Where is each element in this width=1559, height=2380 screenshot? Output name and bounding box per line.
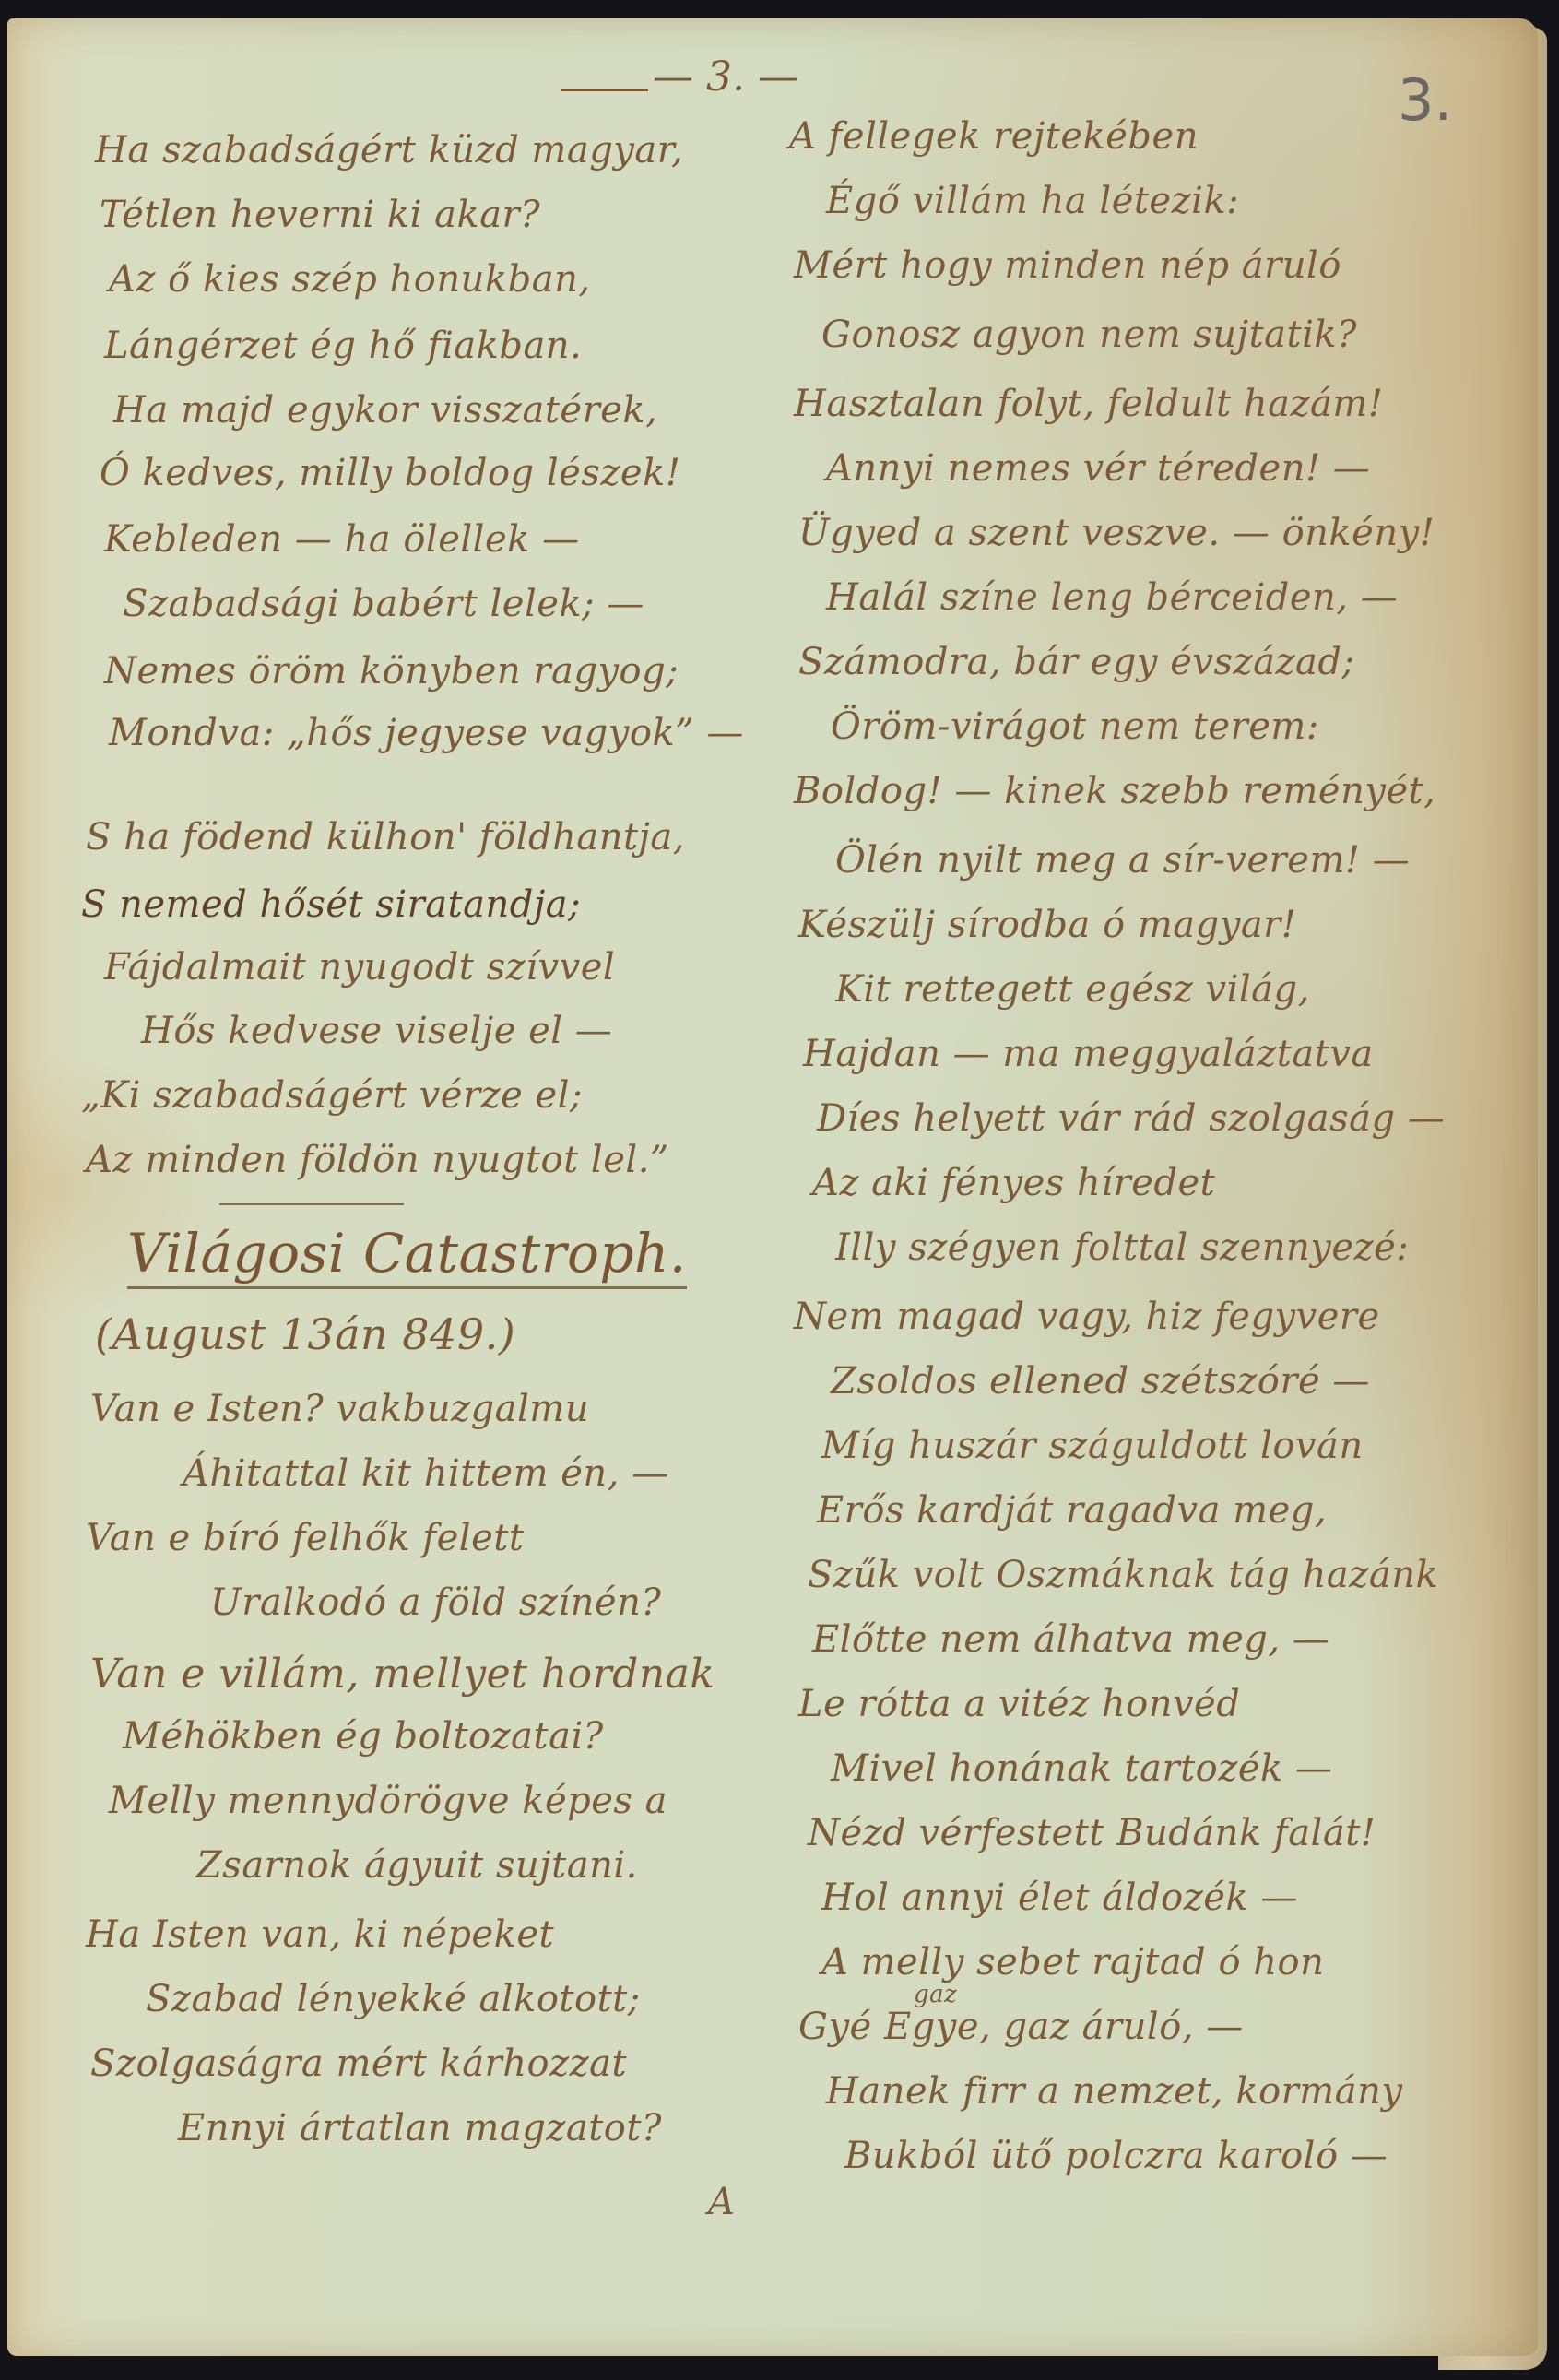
verse-line: Égő villám ha létezik:: [826, 180, 1239, 222]
verse-line: Mivel honának tartozék —: [831, 1747, 1332, 1790]
verse-line: Uralkodó a föld színén?: [210, 1581, 661, 1624]
verse-line: Zsoldos ellened szétszóré —: [831, 1360, 1370, 1403]
verse-line: Lángérzet ég hő fiakban.: [104, 325, 582, 367]
verse-line: Számodra, bár egy évszázad;: [798, 641, 1354, 683]
verse-line: Gyé Egye, gaz áruló, —: [798, 2006, 1244, 2048]
verse-line: Melly mennydörögve képes a: [109, 1780, 667, 1822]
verse-line: Míg huszár száguldott lován: [821, 1425, 1364, 1467]
verse-line: Boldog! — kinek szebb reményét,: [794, 770, 1435, 812]
verse-line: Illy szégyen folttal szennyezé:: [835, 1226, 1409, 1269]
verse-line: Készülj sírodba ó magyar!: [798, 904, 1296, 946]
verse-line: Kit rettegett egész világ,: [835, 968, 1310, 1011]
verse-line: Van e villám, mellyet hordnak: [90, 1651, 715, 1698]
verse-line: Hanek firr a nemzet, kormány: [826, 2070, 1402, 2113]
verse-line: Ügyed a szent veszve. — önkény!: [798, 512, 1435, 554]
verse-line: Mért hogy minden nép áruló: [794, 244, 1341, 287]
verse-line: S nemed hősét siratandja;: [81, 883, 581, 926]
verse-line: Öröm-virágot nem terem:: [831, 705, 1319, 748]
verse-line-with-strikethrough: Nem magad vagy, hiz fegyvere: [794, 1296, 1380, 1338]
verse-line: Az ő kies szép honukban,: [109, 258, 591, 301]
verse-line: Előtte nem álhatva meg, —: [812, 1618, 1329, 1661]
verse-line: Fájdalmait nyugodt szívvel: [104, 946, 615, 989]
verse-line: Erős kardját ragadva meg,: [817, 1489, 1327, 1532]
verse-line: Díes helyett vár rád szolgaság —: [817, 1097, 1445, 1140]
verse-line: A melly sebet rajtad ó hon: [821, 1941, 1324, 1983]
title-overline: [219, 1203, 404, 1205]
verse-line: Hol annyi élet áldozék —: [821, 1877, 1298, 1919]
verse-line: Méhökben ég boltozatai?: [123, 1715, 604, 1758]
verse-line: Hős kedvese viselje el —: [141, 1010, 612, 1052]
verse-line: Ennyi ártatlan magzatot?: [178, 2107, 662, 2149]
verse-line: Az minden földön nyugtot lel.”: [86, 1139, 669, 1181]
poem-title: Világosi Catastroph.: [127, 1222, 687, 1289]
verse-line: Mondva: „hős jegyese vagyok” —: [109, 712, 744, 754]
page-number: — 3. —: [653, 53, 798, 101]
verse-line: Szűk volt Oszmáknak tág hazánk: [808, 1554, 1438, 1596]
verse-line: Ha szabadságért küzd magyar,: [95, 129, 683, 172]
interlinear-insert: gaz: [914, 1981, 957, 2008]
verse-line: Van e bíró felhők felett: [86, 1517, 524, 1559]
verse-line: Áhitattal kit hittem én, —: [183, 1452, 669, 1495]
verse-line: Ó kedves, milly boldog lészek!: [100, 452, 680, 494]
verse-line: Nézd vérfestett Budánk falát!: [808, 1812, 1376, 1854]
verse-line: Halál színe leng bérceiden, —: [826, 576, 1398, 619]
verse-line: Annyi nemes vér téreden! —: [826, 447, 1370, 490]
verse-line: Nemes öröm könyben ragyog;: [104, 650, 679, 693]
verse-line: A fellegek rejtekében: [789, 115, 1199, 158]
verse-line: Szabadsági babért lelek; —: [123, 583, 644, 625]
verse-line: Ha Isten van, ki népeket: [86, 1913, 554, 1956]
verse-line: S ha födend külhon' földhantja,: [86, 816, 685, 858]
verse-line: Le rótta a vitéz honvéd: [798, 1683, 1240, 1725]
verse-line: Hajdan — ma meggyaláztatva: [803, 1033, 1374, 1075]
verse-line: Szolgaságra mért kárhozzat: [90, 2043, 627, 2085]
verse-line: Tétlen heverni ki akar?: [100, 194, 540, 236]
verse-line: Szabad lényekké alkotott;: [146, 1978, 641, 2020]
verse-line: Ölén nyilt meg a sír-verem! —: [835, 839, 1410, 882]
verse-line: „Ki szabadságért vérze el;: [81, 1074, 583, 1117]
manuscript-page: — 3. — 3. Ha szabadságért küzd magyar, T…: [7, 18, 1538, 2356]
verse-line: Ha majd egykor visszatérek,: [113, 389, 657, 432]
catchword: A: [708, 2181, 735, 2223]
verse-line: Kebleden — ha ölellek —: [104, 518, 580, 561]
verse-line: Zsarnok ágyuit sujtani.: [196, 1844, 638, 1887]
verse-line: Bukból ütő polczra karoló —: [844, 2135, 1388, 2177]
verse-line: Van e Isten? vakbuzgalmu: [90, 1388, 589, 1430]
poem-date: (August 13án 849.): [95, 1309, 515, 1359]
verse-line: Hasztalan folyt, feldult hazám!: [794, 383, 1383, 425]
verse-line-with-strikethrough: Az aki fényes híredet: [812, 1162, 1215, 1204]
verse-line: Gonosz agyon nem sujtatik?: [821, 314, 1357, 356]
archive-number-pencil: 3.: [1398, 66, 1452, 134]
